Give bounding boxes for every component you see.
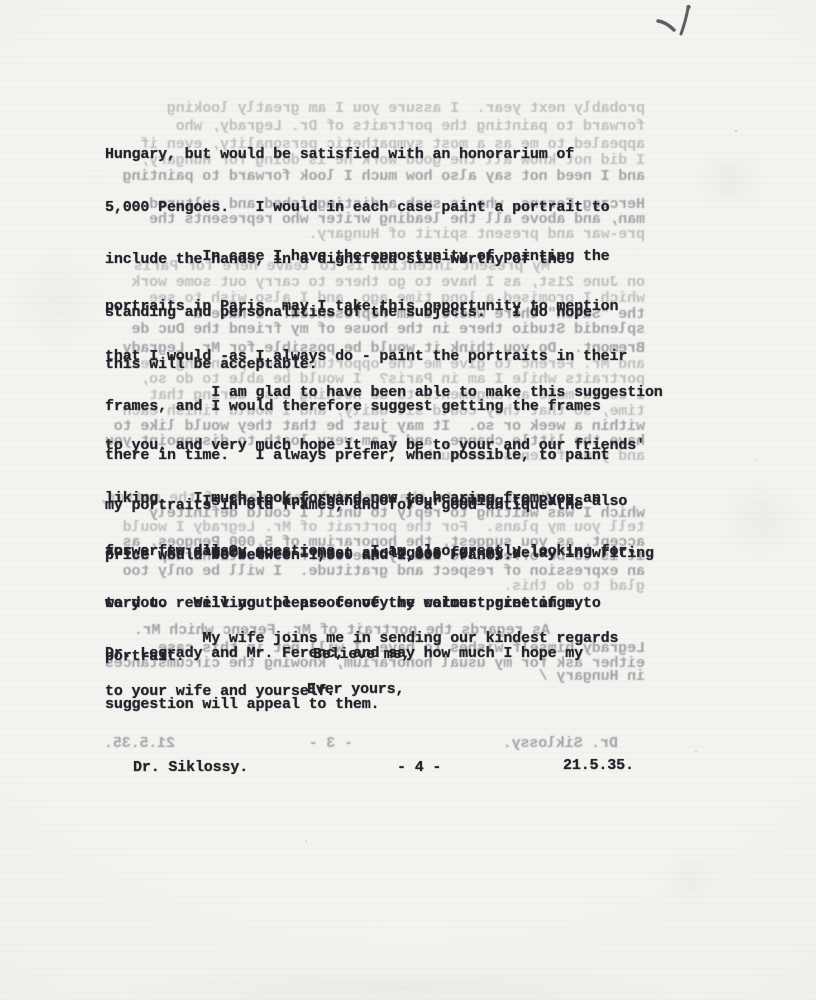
footer-sender-name: Dr. Siklossy.: [133, 759, 248, 776]
letter-line: Once more I must apologise for my delay …: [105, 546, 654, 563]
letter-page: probably next year. I assure you I am gr…: [0, 0, 816, 1000]
closing-salutation: Believe me,: [313, 646, 410, 663]
letter-line: I am glad to have been able to make this…: [105, 384, 663, 402]
closing-valediction: Ever yours,: [307, 681, 404, 698]
letter-line: Hungary, but would be satisfied with an …: [105, 146, 610, 164]
letter-line: Is there any chance of your coming to Pa…: [105, 494, 627, 511]
letter-body: Hungary, but would be satisfied with an …: [105, 0, 667, 1000]
letter-line: 5,000 Pengoes. I would in each case pain…: [105, 199, 610, 217]
letter-line: In case I have the opportunity of painti…: [105, 249, 627, 266]
footer-date: 21.5.35.: [563, 757, 634, 774]
paragraph: My wife joins me in sending our kindest …: [105, 595, 618, 735]
letter-line: My wife joins me in sending our kindest …: [105, 630, 618, 648]
pen-check-mark-icon: [650, 2, 710, 50]
letter-line: to you, and very much hope it may be to …: [105, 437, 663, 455]
footer-page-number: - 4 -: [397, 759, 441, 776]
letter-line: portraits in Paris, may I take this oppo…: [105, 299, 627, 316]
